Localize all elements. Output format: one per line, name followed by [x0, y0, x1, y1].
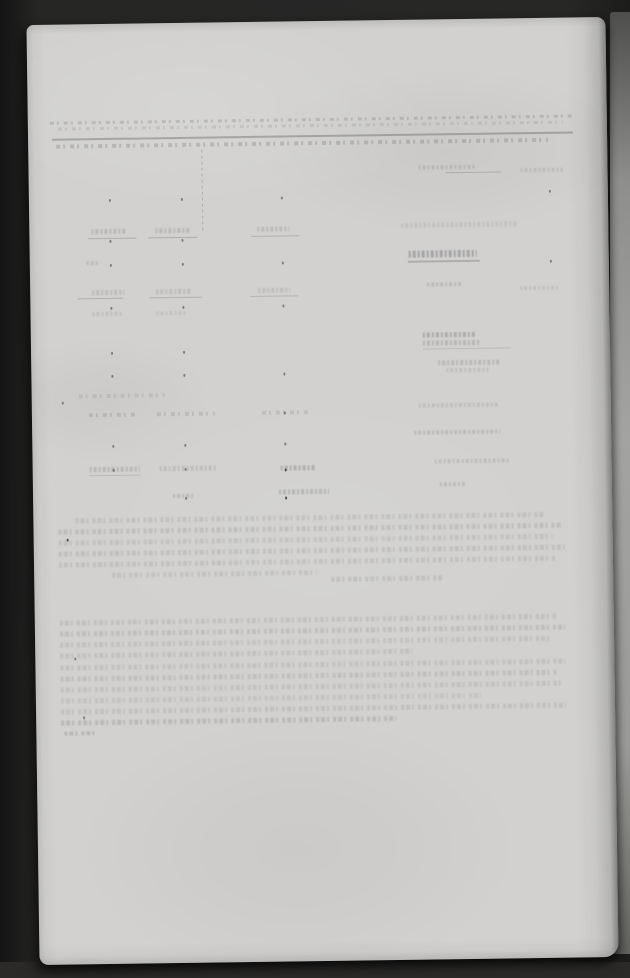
- backdrop-bottom-band: [0, 962, 630, 978]
- smear-ghost-mark: [160, 465, 216, 471]
- line-ghost-mark: [61, 681, 561, 693]
- line-ghost-mark: [60, 614, 557, 626]
- ink-speck: [283, 373, 285, 376]
- smear-ghost-mark: [423, 332, 475, 338]
- ink-speck: [181, 198, 183, 201]
- line-ghost-mark: [61, 703, 566, 715]
- ink-speck: [67, 539, 69, 542]
- ink-speck: [284, 443, 286, 446]
- ink-speck: [282, 262, 284, 265]
- dash-ghost-mark: [79, 393, 165, 398]
- line-ghost-mark: [60, 649, 412, 659]
- rule-ghost-mark: [77, 298, 123, 300]
- ink-speck: [109, 199, 111, 202]
- ink-speck: [112, 445, 114, 448]
- smear-ghost-mark: [520, 286, 560, 291]
- rule-ghost-mark: [149, 297, 202, 299]
- ink-speck: [285, 468, 287, 471]
- line-ghost-mark: [60, 625, 565, 637]
- ink-speck: [183, 374, 185, 377]
- line-ghost-mark: [75, 512, 543, 524]
- ink-speck: [182, 263, 184, 266]
- line-ghost-mark: [59, 545, 565, 557]
- ink-speck: [110, 264, 112, 267]
- smear-ghost-mark: [418, 165, 476, 170]
- ink-speck: [282, 305, 284, 308]
- rule-ghost-mark: [250, 295, 298, 297]
- line-ghost-mark: [60, 659, 565, 671]
- ink-speck: [183, 351, 185, 354]
- scanned-page: [26, 17, 618, 965]
- line-ghost-mark: [60, 636, 553, 648]
- ink-speck: [111, 375, 113, 378]
- ink-speck: [109, 240, 111, 243]
- smear-ghost-mark: [435, 458, 511, 463]
- ink-speck: [549, 190, 551, 193]
- smear-ghost-mark: [414, 430, 500, 435]
- smear-ghost-mark: [279, 489, 329, 495]
- smear-ghost-mark: [521, 168, 563, 173]
- rule-ghost-mark: [423, 347, 511, 349]
- smear-ghost-mark: [409, 250, 477, 258]
- smear-ghost-mark: [91, 229, 125, 234]
- smear-ghost-mark: [92, 312, 122, 316]
- vline-ghost-mark: [201, 150, 203, 234]
- ink-speck: [284, 412, 286, 415]
- line-ghost-mark: [61, 716, 396, 726]
- rule-ghost-mark: [89, 475, 141, 477]
- smear-ghost-mark: [419, 403, 499, 408]
- line-ghost-mark: [331, 575, 443, 582]
- ink-speck: [185, 497, 187, 500]
- rule-ghost-mark: [408, 260, 480, 263]
- dash-ghost-mark: [89, 413, 137, 418]
- line-ghost-mark: [59, 556, 556, 568]
- smear-ghost-mark: [446, 368, 488, 373]
- smear-ghost-mark: [92, 290, 124, 295]
- smear-ghost-mark: [173, 494, 195, 498]
- smear-ghost-mark: [257, 226, 289, 231]
- ink-speck: [184, 444, 186, 447]
- rule-ghost-mark: [148, 237, 197, 239]
- faded-print-artifact-layer: [26, 17, 618, 965]
- ink-speck: [110, 307, 112, 310]
- line-ghost-mark: [64, 731, 94, 735]
- ink-speck: [62, 402, 64, 405]
- dash-ghost-mark: [157, 411, 215, 416]
- rule-ghost-mark: [446, 171, 501, 173]
- ink-speck: [74, 657, 76, 660]
- smear-ghost-mark: [427, 282, 463, 287]
- smear-ghost-mark: [156, 289, 190, 294]
- ink-speck: [113, 469, 115, 472]
- smear-ghost-mark: [438, 360, 500, 366]
- line-ghost-mark: [61, 670, 558, 682]
- line-ghost-mark: [59, 523, 561, 535]
- smear-ghost-mark: [155, 228, 191, 234]
- smear-ghost-mark: [258, 287, 290, 292]
- ink-speck: [285, 496, 287, 499]
- ink-speck: [83, 716, 85, 719]
- smear-ghost-mark: [423, 340, 481, 346]
- scanner-backdrop: [0, 0, 630, 978]
- ink-speck: [182, 306, 184, 309]
- line-ghost-mark: [59, 534, 553, 546]
- ink-speck: [550, 260, 552, 263]
- smear-ghost-mark: [87, 261, 99, 265]
- line-ghost-mark: [61, 693, 481, 704]
- ink-speck: [111, 352, 113, 355]
- smear-ghost-mark: [156, 311, 186, 315]
- ink-speck: [181, 239, 183, 242]
- rule-ghost-mark: [88, 238, 136, 240]
- ink-speck: [281, 197, 283, 200]
- smear-ghost-mark: [440, 482, 466, 486]
- line-ghost-mark: [112, 570, 317, 578]
- ink-speck: [185, 468, 187, 471]
- smear-ghost-mark: [401, 221, 517, 228]
- rule-ghost-mark: [251, 235, 299, 237]
